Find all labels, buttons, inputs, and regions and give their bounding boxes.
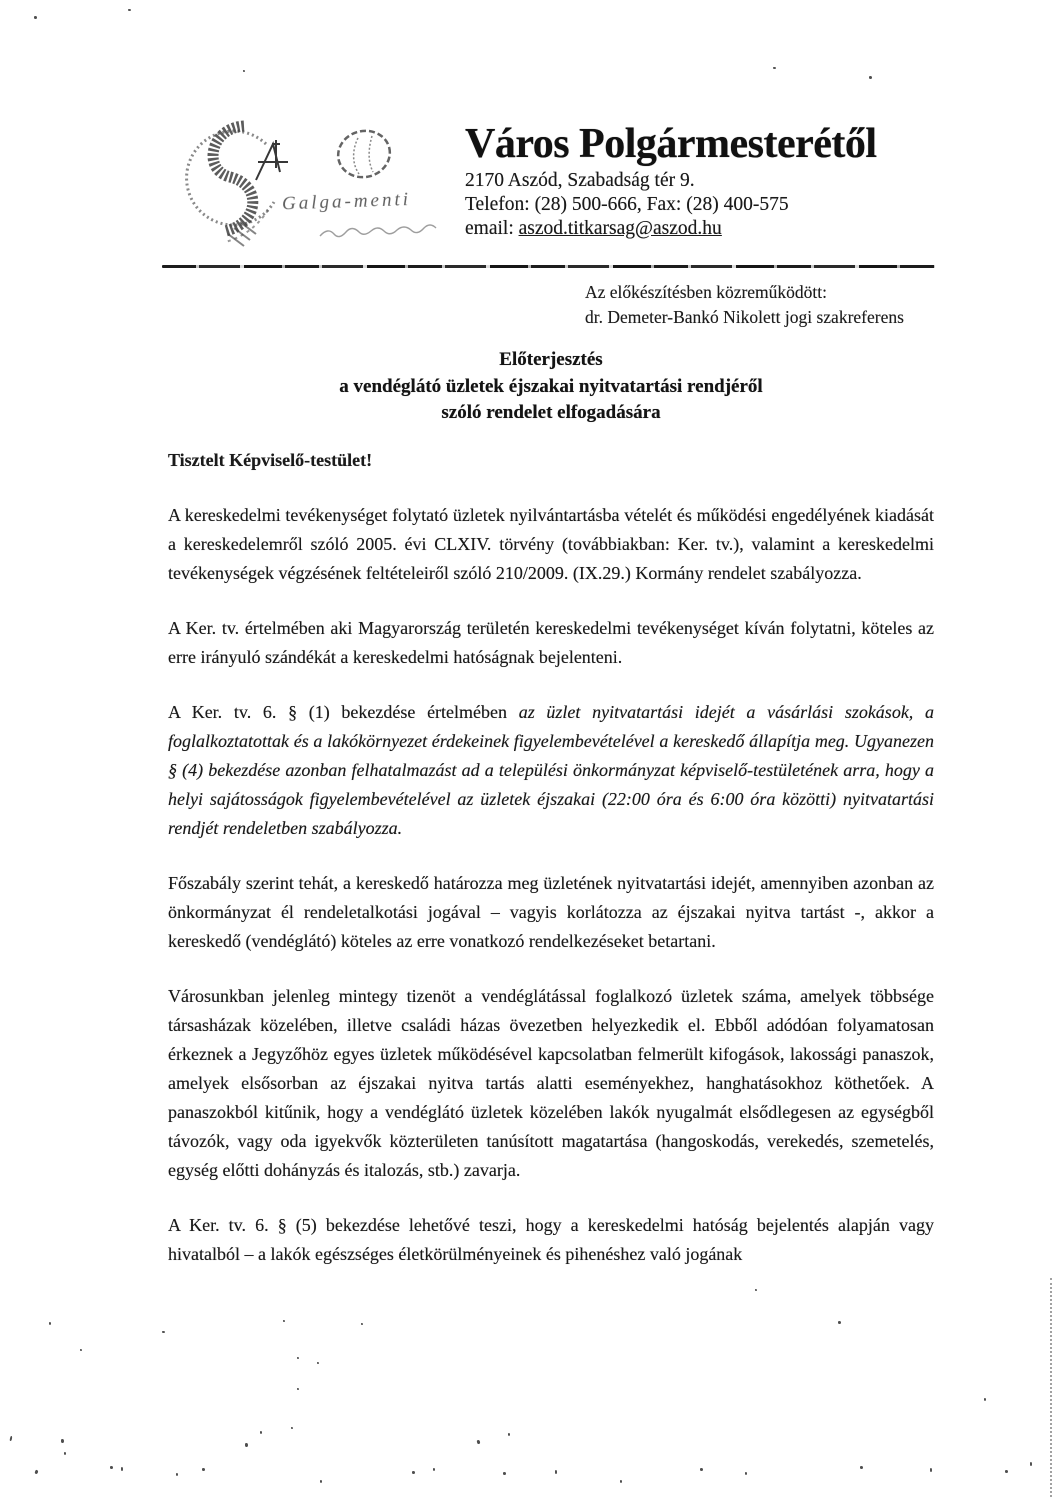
scan-speck bbox=[162, 1331, 165, 1333]
scan-speck bbox=[34, 1470, 38, 1475]
scan-speck bbox=[869, 76, 872, 79]
scan-speck bbox=[297, 1388, 299, 1390]
org-phone-fax: Telefon: (28) 500-666, Fax: (28) 400-575 bbox=[465, 193, 945, 216]
scan-speck bbox=[49, 1322, 51, 1325]
scan-speck bbox=[176, 1473, 178, 1476]
scan-speck bbox=[128, 9, 131, 11]
document-title-line2: a vendéglátó üzletek éjszakai nyitvatart… bbox=[168, 374, 934, 401]
scan-speck bbox=[745, 1472, 747, 1475]
scan-speck bbox=[260, 1431, 262, 1434]
scan-speck bbox=[245, 1443, 248, 1447]
document-body: Tisztelt Képviselő-testület! A kereskede… bbox=[168, 446, 934, 1295]
scan-speck bbox=[80, 1349, 82, 1351]
logo-script-squiggle bbox=[316, 222, 456, 244]
email-address: aszod.titkarsag@aszod.hu bbox=[519, 218, 722, 239]
scan-speck bbox=[121, 1467, 123, 1471]
scan-speck bbox=[930, 1468, 932, 1472]
scanned-document-page: Galga-menti Város Polgármesterétől 2170 … bbox=[0, 0, 1058, 1497]
scan-speck bbox=[773, 67, 776, 69]
email-label: email: bbox=[465, 218, 519, 239]
scan-speck bbox=[700, 1468, 703, 1471]
preparer-block: Az előkészítésben közreműködött: dr. Dem… bbox=[585, 280, 904, 330]
document-title-line3: szóló rendelet elfogadására bbox=[168, 400, 934, 427]
scan-speck bbox=[110, 1466, 113, 1469]
paragraph-3-lead: A Ker. tv. 6. § (1) bekezdése értelmében bbox=[168, 702, 519, 722]
preparer-name: dr. Demeter-Bankó Nikolett jogi szakrefe… bbox=[585, 305, 904, 330]
preparer-label: Az előkészítésben közreműködött: bbox=[585, 280, 904, 305]
paragraph-4: Főszabály szerint tehát, a kereskedő hat… bbox=[168, 869, 934, 956]
scan-speck bbox=[555, 1470, 557, 1474]
scan-speck bbox=[860, 1466, 863, 1469]
org-email-line: email: aszod.titkarsag@aszod.hu bbox=[465, 217, 945, 240]
scan-speck bbox=[320, 1480, 322, 1483]
city-crest-logo bbox=[170, 110, 298, 258]
paragraph-6: A Ker. tv. 6. § (5) bekezdése lehetővé t… bbox=[168, 1211, 934, 1269]
paragraph-1: A kereskedelmi tevékenységet folytató üz… bbox=[168, 501, 934, 588]
scan-speck bbox=[297, 1357, 299, 1359]
logo-script-caption: Galga-menti bbox=[282, 187, 483, 216]
scan-speck bbox=[202, 1468, 205, 1471]
paragraph-5: Városunkban jelenleg mintegy tizenöt a v… bbox=[168, 982, 934, 1185]
scan-speck bbox=[1005, 1470, 1008, 1473]
scan-speck bbox=[412, 1471, 415, 1474]
paragraph-3-quotation: az üzlet nyitvatartási idejét a vásárlás… bbox=[168, 702, 934, 838]
scan-speck bbox=[433, 1468, 435, 1471]
scan-speck bbox=[984, 1398, 986, 1401]
scan-speck bbox=[34, 16, 37, 19]
paragraph-3: A Ker. tv. 6. § (1) bekezdése értelmében… bbox=[168, 698, 934, 843]
salutation: Tisztelt Képviselő-testület! bbox=[168, 446, 934, 475]
scan-speck bbox=[508, 1433, 510, 1436]
scan-speck bbox=[477, 1440, 481, 1445]
document-title: Előterjesztés a vendéglátó üzletek éjsza… bbox=[168, 347, 934, 427]
letterhead: Város Polgármesterétől 2170 Aszód, Szaba… bbox=[465, 120, 945, 240]
scan-speck bbox=[361, 1323, 363, 1325]
scan-speck bbox=[1030, 1462, 1032, 1466]
letterhead-divider bbox=[162, 265, 935, 268]
scan-speck bbox=[9, 1436, 12, 1441]
org-title: Város Polgármesterétől bbox=[465, 120, 945, 168]
scan-edge-line bbox=[1050, 1278, 1052, 1497]
scan-speck bbox=[283, 1320, 285, 1322]
document-title-line1: Előterjesztés bbox=[168, 347, 934, 374]
oval-stamp-icon bbox=[332, 124, 396, 184]
scan-speck bbox=[243, 70, 245, 72]
paragraph-2: A Ker. tv. értelmében aki Magyarország t… bbox=[168, 614, 934, 672]
scan-speck bbox=[317, 1362, 319, 1364]
scan-speck bbox=[838, 1321, 841, 1324]
scan-speck bbox=[291, 1427, 293, 1429]
scan-speck bbox=[503, 1472, 506, 1475]
scan-speck bbox=[620, 1480, 622, 1483]
scan-speck bbox=[755, 1289, 757, 1291]
org-address: 2170 Aszód, Szabadság tér 9. bbox=[465, 169, 945, 192]
scan-speck bbox=[61, 1439, 64, 1443]
scan-speck bbox=[64, 1452, 66, 1455]
